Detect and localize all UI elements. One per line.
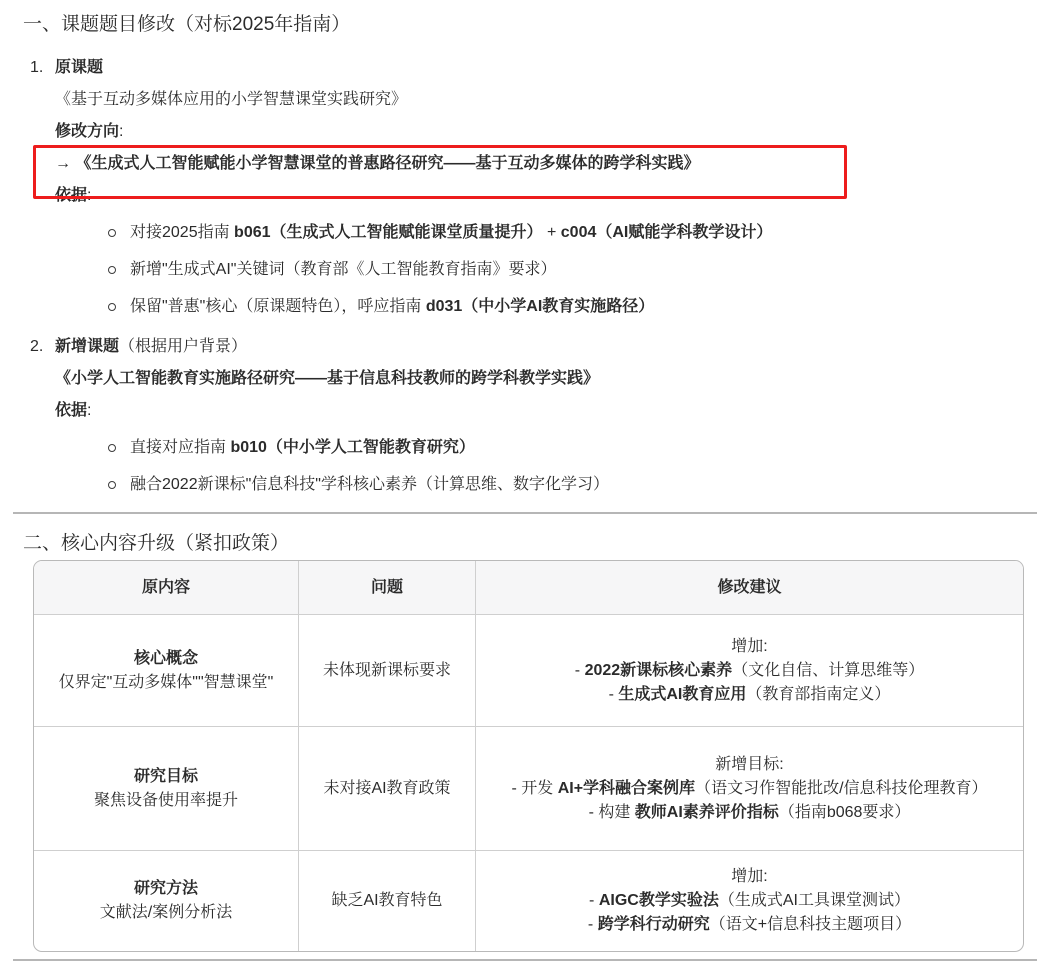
section1-heading: 一、课题题目修改（对标2025年指南） <box>23 12 1037 38</box>
table-cell: 核心概念仅界定"互动多媒体""智慧课堂" <box>34 615 299 727</box>
bullet-item: 新增"生成式AI"关键词（教育部《人工智能教育指南》要求） <box>130 258 1037 282</box>
table-cell: 研究方法文献法/案例分析法 <box>34 851 299 951</box>
new-topic-title-1: → 《生成式人工智能赋能小学智慧课堂的普惠路径研究——基于互动多媒体的跨学科实践… <box>55 151 1037 177</box>
table-cell: 研究目标聚焦设备使用率提升 <box>34 727 299 851</box>
original-topic-label: 原课题 <box>55 55 1037 81</box>
table-cell: 未对接AI教育政策 <box>299 727 476 851</box>
table-row: 核心概念仅界定"互动多媒体""智慧课堂" 未体现新课标要求 增加:- 2022新… <box>34 615 1023 727</box>
table-header-row: 原内容 问题 修改建议 <box>34 561 1023 615</box>
bullet-item: 直接对应指南 b010（中小学人工智能教育研究） <box>130 436 1037 460</box>
table-cell: 增加:- 2022新课标核心素养（文化自信、计算思维等）- 生成式AI教育应用（… <box>476 615 1023 727</box>
direction-label: 修改方向: <box>55 119 1037 145</box>
original-topic-title: 《基于互动多媒体应用的小学智慧课堂实践研究》 <box>55 87 1037 113</box>
basis-list-1: 对接2025指南 b061（生成式人工智能赋能课堂质量提升） + c004（AI… <box>55 221 1037 319</box>
table-row: 研究方法文献法/案例分析法 缺乏AI教育特色 增加:- AIGC教学实验法（生成… <box>34 851 1023 951</box>
divider-bottom <box>13 959 1037 961</box>
table-cell: 未体现新课标要求 <box>299 615 476 727</box>
bullet-item: 融合2022新课标"信息科技"学科核心素养（计算思维、数字化学习） <box>130 473 1037 497</box>
list-item-2: 2. 新增课题（根据用户背景） 《小学人工智能教育实施路径研究——基于信息科技教… <box>23 334 1037 497</box>
new-topic-label: 新增课题（根据用户背景） <box>55 334 1037 360</box>
list-number-1: 1. <box>30 55 55 319</box>
basis-list-2: 直接对应指南 b010（中小学人工智能教育研究） 融合2022新课标"信息科技"… <box>55 436 1037 497</box>
table-row: 研究目标聚焦设备使用率提升 未对接AI教育政策 新增目标:- 开发 AI+学科融… <box>34 727 1023 851</box>
list-item-1: 1. 原课题 《基于互动多媒体应用的小学智慧课堂实践研究》 修改方向: → 《生… <box>23 55 1037 319</box>
highlighted-region: → 《生成式人工智能赋能小学智慧课堂的普惠路径研究——基于互动多媒体的跨学科实践… <box>55 151 1037 209</box>
list-number-2: 2. <box>30 334 55 497</box>
divider <box>13 512 1037 514</box>
table-cell: 增加:- AIGC教学实验法（生成式AI工具课堂测试）- 跨学科行动研究（语文+… <box>476 851 1023 951</box>
basis-label-1: 依据: <box>55 183 1037 209</box>
table-cell: 新增目标:- 开发 AI+学科融合案例库（语文习作智能批改/信息科技伦理教育）-… <box>476 727 1023 851</box>
table-header-cell: 修改建议 <box>476 561 1023 615</box>
new-topic-title-2: 《小学人工智能教育实施路径研究——基于信息科技教师的跨学科教学实践》 <box>55 366 1037 392</box>
content-upgrade-table: 原内容 问题 修改建议 核心概念仅界定"互动多媒体""智慧课堂" 未体现新课标要… <box>33 560 1024 952</box>
bullet-item: 对接2025指南 b061（生成式人工智能赋能课堂质量提升） + c004（AI… <box>130 221 1037 245</box>
basis-label-2: 依据: <box>55 398 1037 424</box>
table-header-cell: 问题 <box>299 561 476 615</box>
bullet-item: 保留"普惠"核心（原课题特色），呼应指南 d031（中小学AI教育实施路径） <box>130 295 1037 319</box>
table-header-cell: 原内容 <box>34 561 299 615</box>
table-cell: 缺乏AI教育特色 <box>299 851 476 951</box>
section2-heading: 二、核心内容升级（紧扣政策） <box>23 531 1037 557</box>
document-page: 一、课题题目修改（对标2025年指南） 1. 原课题 《基于互动多媒体应用的小学… <box>0 0 1051 970</box>
list-item-1-body: 原课题 《基于互动多媒体应用的小学智慧课堂实践研究》 修改方向: → 《生成式人… <box>55 55 1037 319</box>
list-item-2-body: 新增课题（根据用户背景） 《小学人工智能教育实施路径研究——基于信息科技教师的跨… <box>55 334 1037 497</box>
